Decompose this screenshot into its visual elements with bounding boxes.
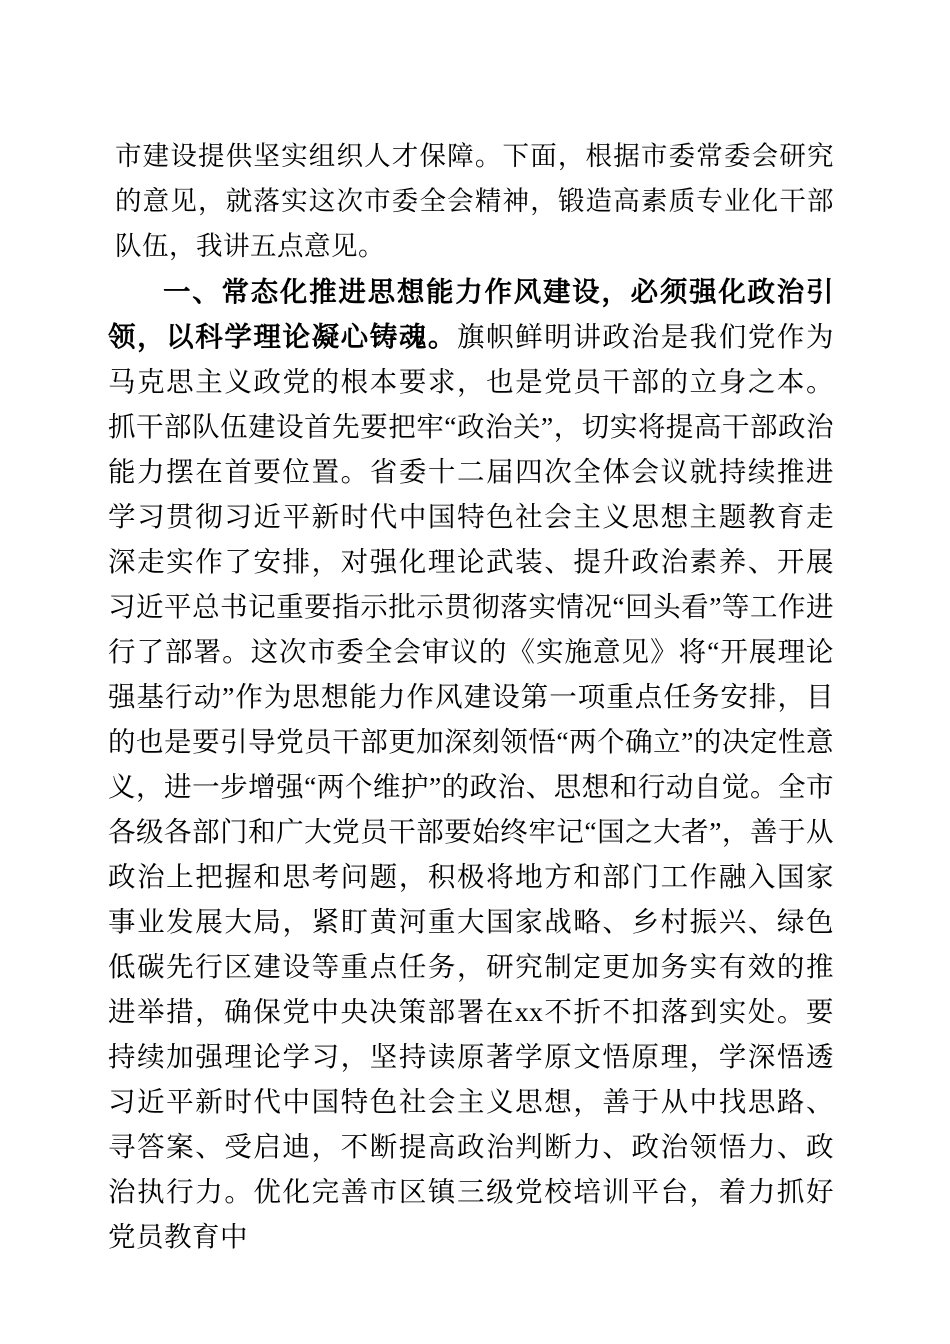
- document-content: 市建设提供坚实组织人才保障。下面，根据市委常委会研究的意见，就落实这次市委全会精…: [108, 134, 834, 1259]
- continuation-paragraph: 市建设提供坚实组织人才保障。下面，根据市委常委会研究的意见，就落实这次市委全会精…: [115, 134, 834, 269]
- section-paragraph: 一、常态化推进思想能力作风建设，必须强化政治引领，以科学理论凝心铸魂。旗帜鲜明讲…: [108, 269, 834, 1259]
- body-text: 旗帜鲜明讲政治是我们党作为马克思主义政党的根本要求，也是党员干部的立身之本。抓干…: [108, 321, 834, 1252]
- document-page: 市建设提供坚实组织人才保障。下面，根据市委常委会研究的意见，就落实这次市委全会精…: [0, 0, 950, 1344]
- body-text: 市建设提供坚实组织人才保障。下面，根据市委常委会研究的意见，就落实这次市委全会精…: [115, 141, 834, 261]
